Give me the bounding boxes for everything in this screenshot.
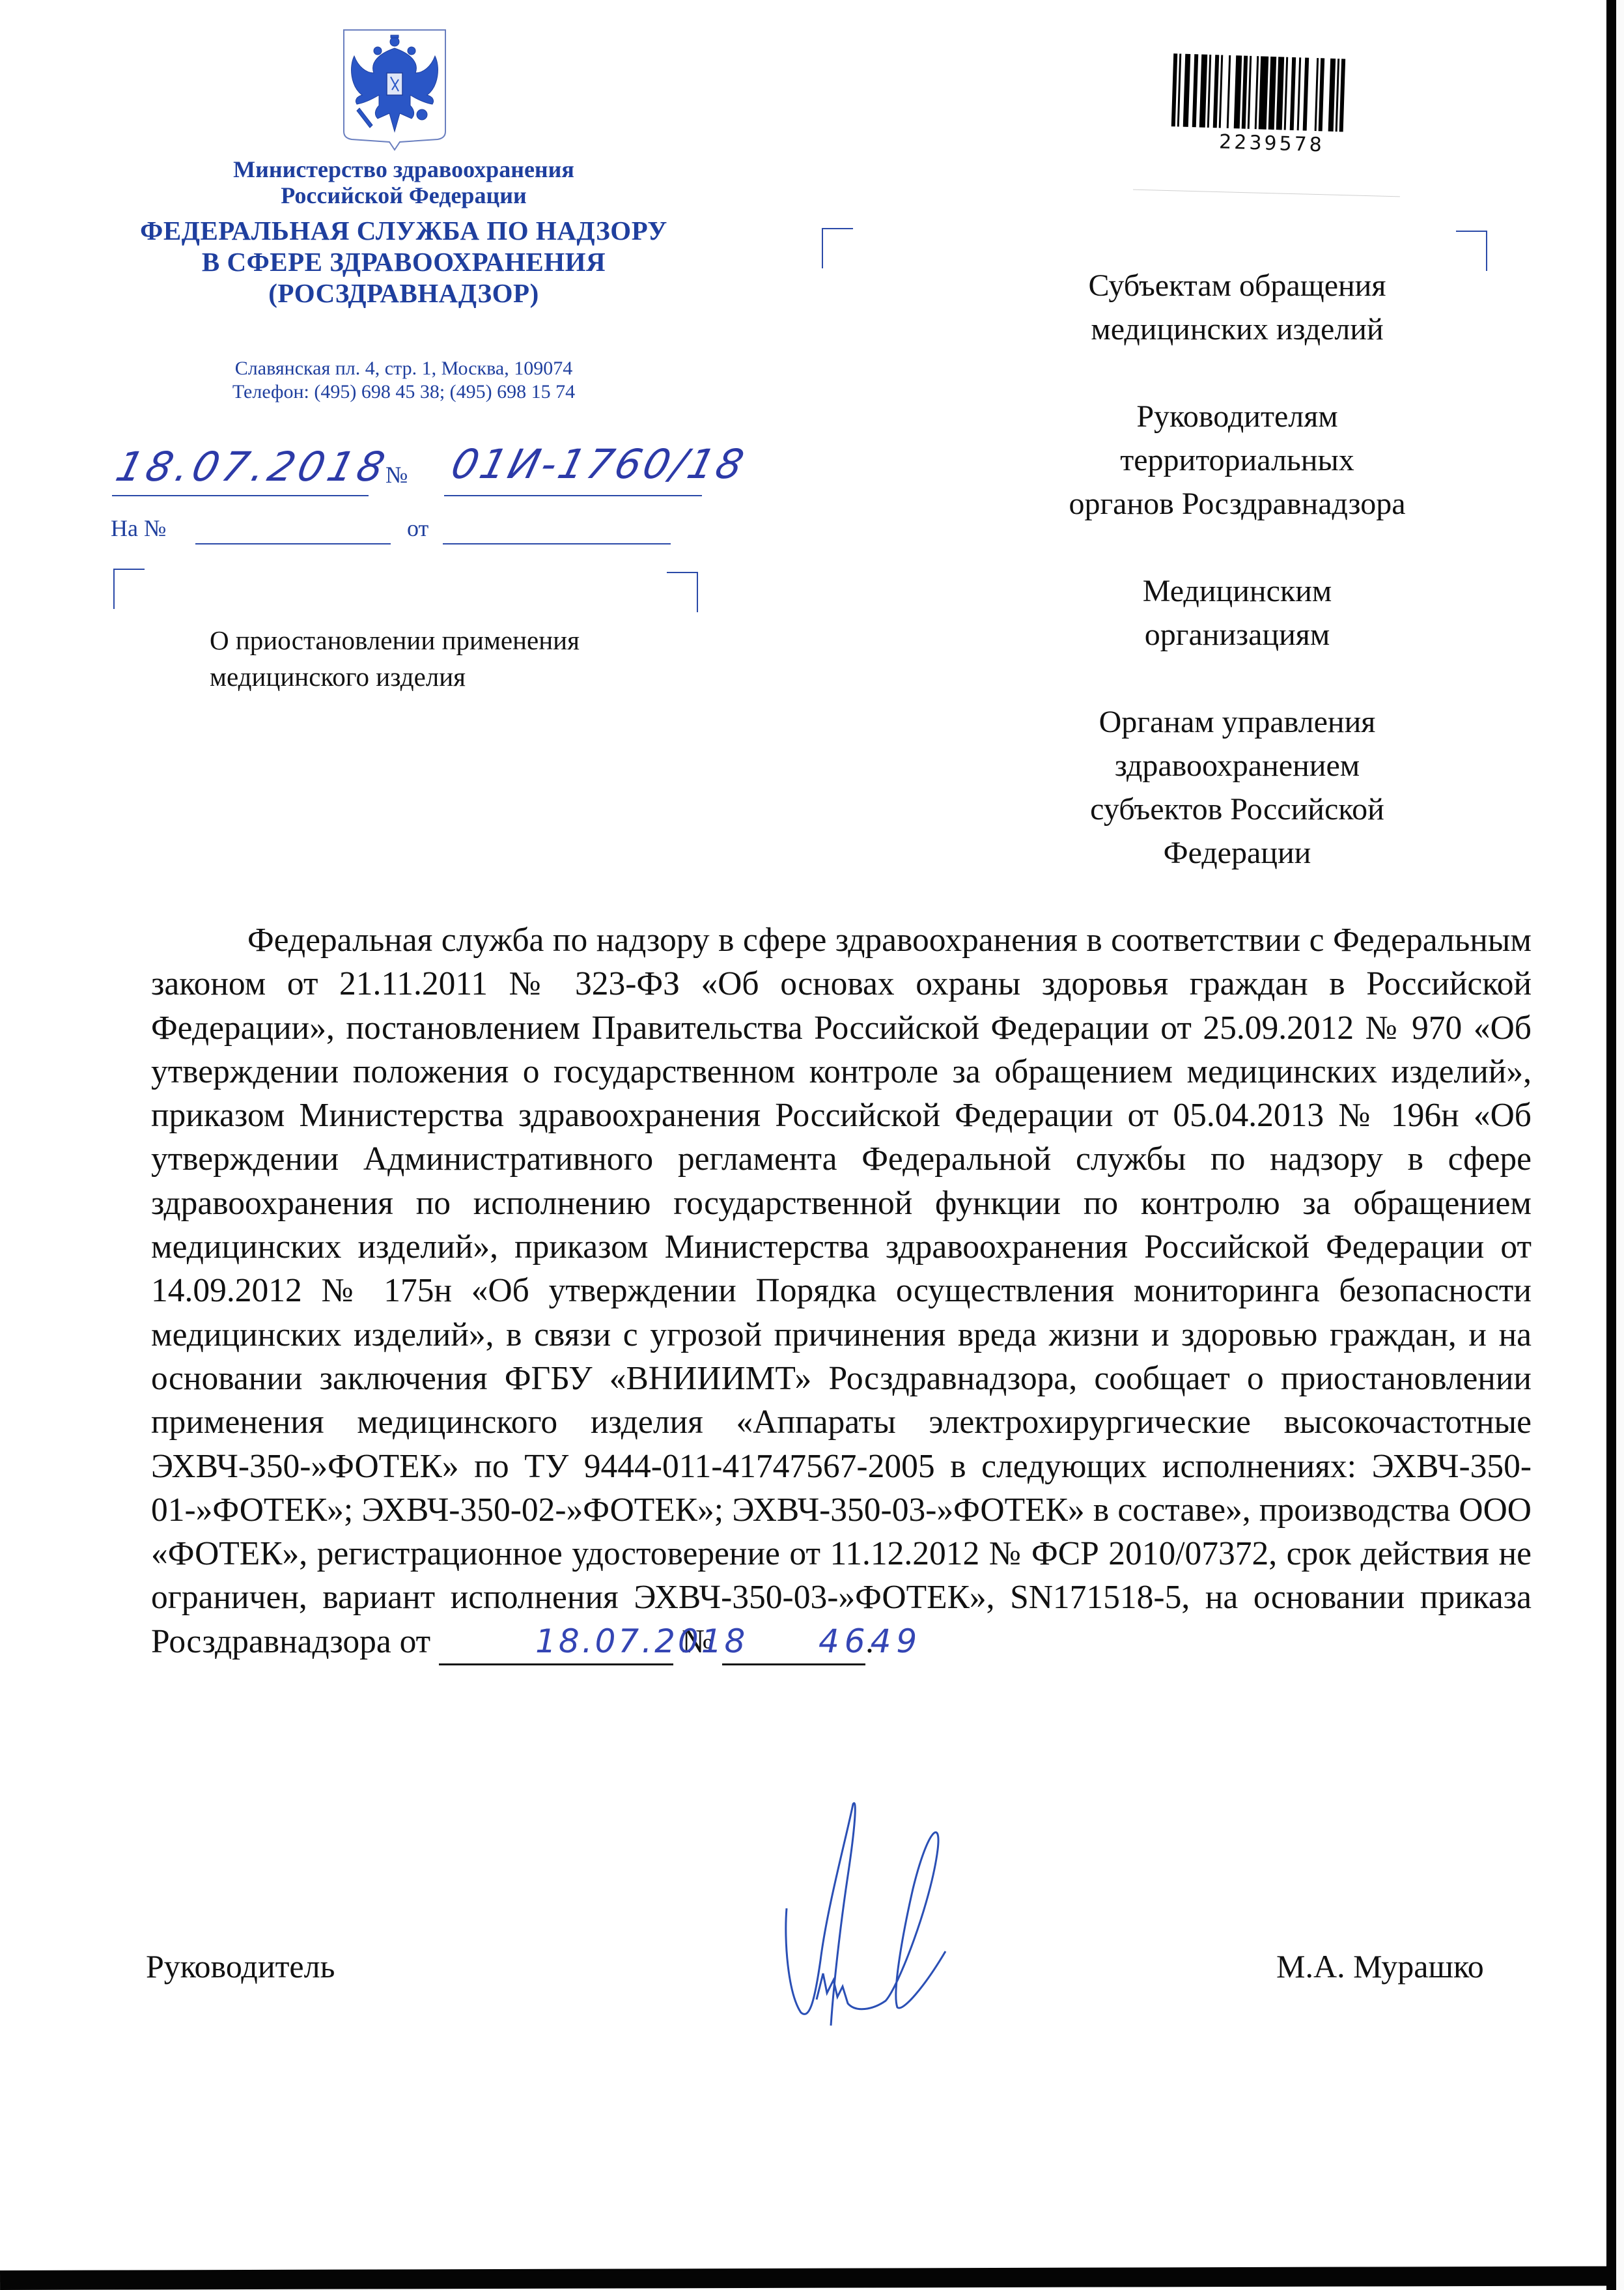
recipients-block: Субъектам обращения медицинских изделий … xyxy=(983,264,1491,918)
order-number-handwritten: 4649 xyxy=(722,1620,865,1665)
from-label: от xyxy=(407,515,428,542)
signatory-name: М.А. Мурашко xyxy=(1276,1947,1484,1985)
from-date-field[interactable] xyxy=(443,521,671,544)
reply-to-number-field[interactable] xyxy=(195,521,391,544)
recipient-corner-left xyxy=(822,228,853,268)
outgoing-number-value: 01И-1760/18 xyxy=(447,440,751,488)
order-date-handwritten: 18.07.2018 xyxy=(439,1620,673,1665)
recipient-group: Органам управления здравоохранением субъ… xyxy=(983,700,1491,875)
barcode-bars xyxy=(1171,53,1375,133)
subject-corner-right xyxy=(667,572,698,612)
signature-icon xyxy=(775,1798,1048,2032)
address-line: Славянская пл. 4, стр. 1, Москва, 109074 xyxy=(111,357,697,380)
body-paragraph: Федеральная служба по надзору в сфере зд… xyxy=(151,918,1532,1665)
barcode-underline xyxy=(1133,190,1400,197)
coat-of-arms-icon xyxy=(340,27,449,151)
letter-body: Федеральная служба по надзору в сфере зд… xyxy=(151,918,1532,1665)
ministry-name: Министерство здравоохранения Российской … xyxy=(111,156,697,208)
reply-to-label: На № xyxy=(111,515,166,542)
number-label: № xyxy=(385,461,408,488)
phone-line: Телефон: (495) 698 45 38; (495) 698 15 7… xyxy=(111,380,697,404)
service-name: ФЕДЕРАЛЬНАЯ СЛУЖБА ПО НАДЗОРУ В СФЕРЕ ЗД… xyxy=(91,215,716,309)
letter-subject: О приостановлении применения медицинског… xyxy=(210,622,705,695)
scan-border-right xyxy=(1606,0,1616,2290)
barcode: 2239578 xyxy=(1171,53,1375,151)
subject-corner-left xyxy=(113,569,145,609)
scan-edge xyxy=(1616,0,1624,2290)
signatory-title: Руководитель xyxy=(146,1947,335,1985)
letterhead-address: Славянская пл. 4, стр. 1, Москва, 109074… xyxy=(111,357,697,404)
outgoing-date-value: 18.07.2018 xyxy=(111,443,393,490)
scan-border-bottom xyxy=(0,2267,1616,2290)
barcode-number: 2239578 xyxy=(1171,129,1373,158)
recipient-group: Руководителям территориальных органов Ро… xyxy=(983,395,1491,526)
recipient-group: Медицинским организациям xyxy=(983,569,1491,657)
recipient-group: Субъектам обращения медицинских изделий xyxy=(983,264,1491,351)
